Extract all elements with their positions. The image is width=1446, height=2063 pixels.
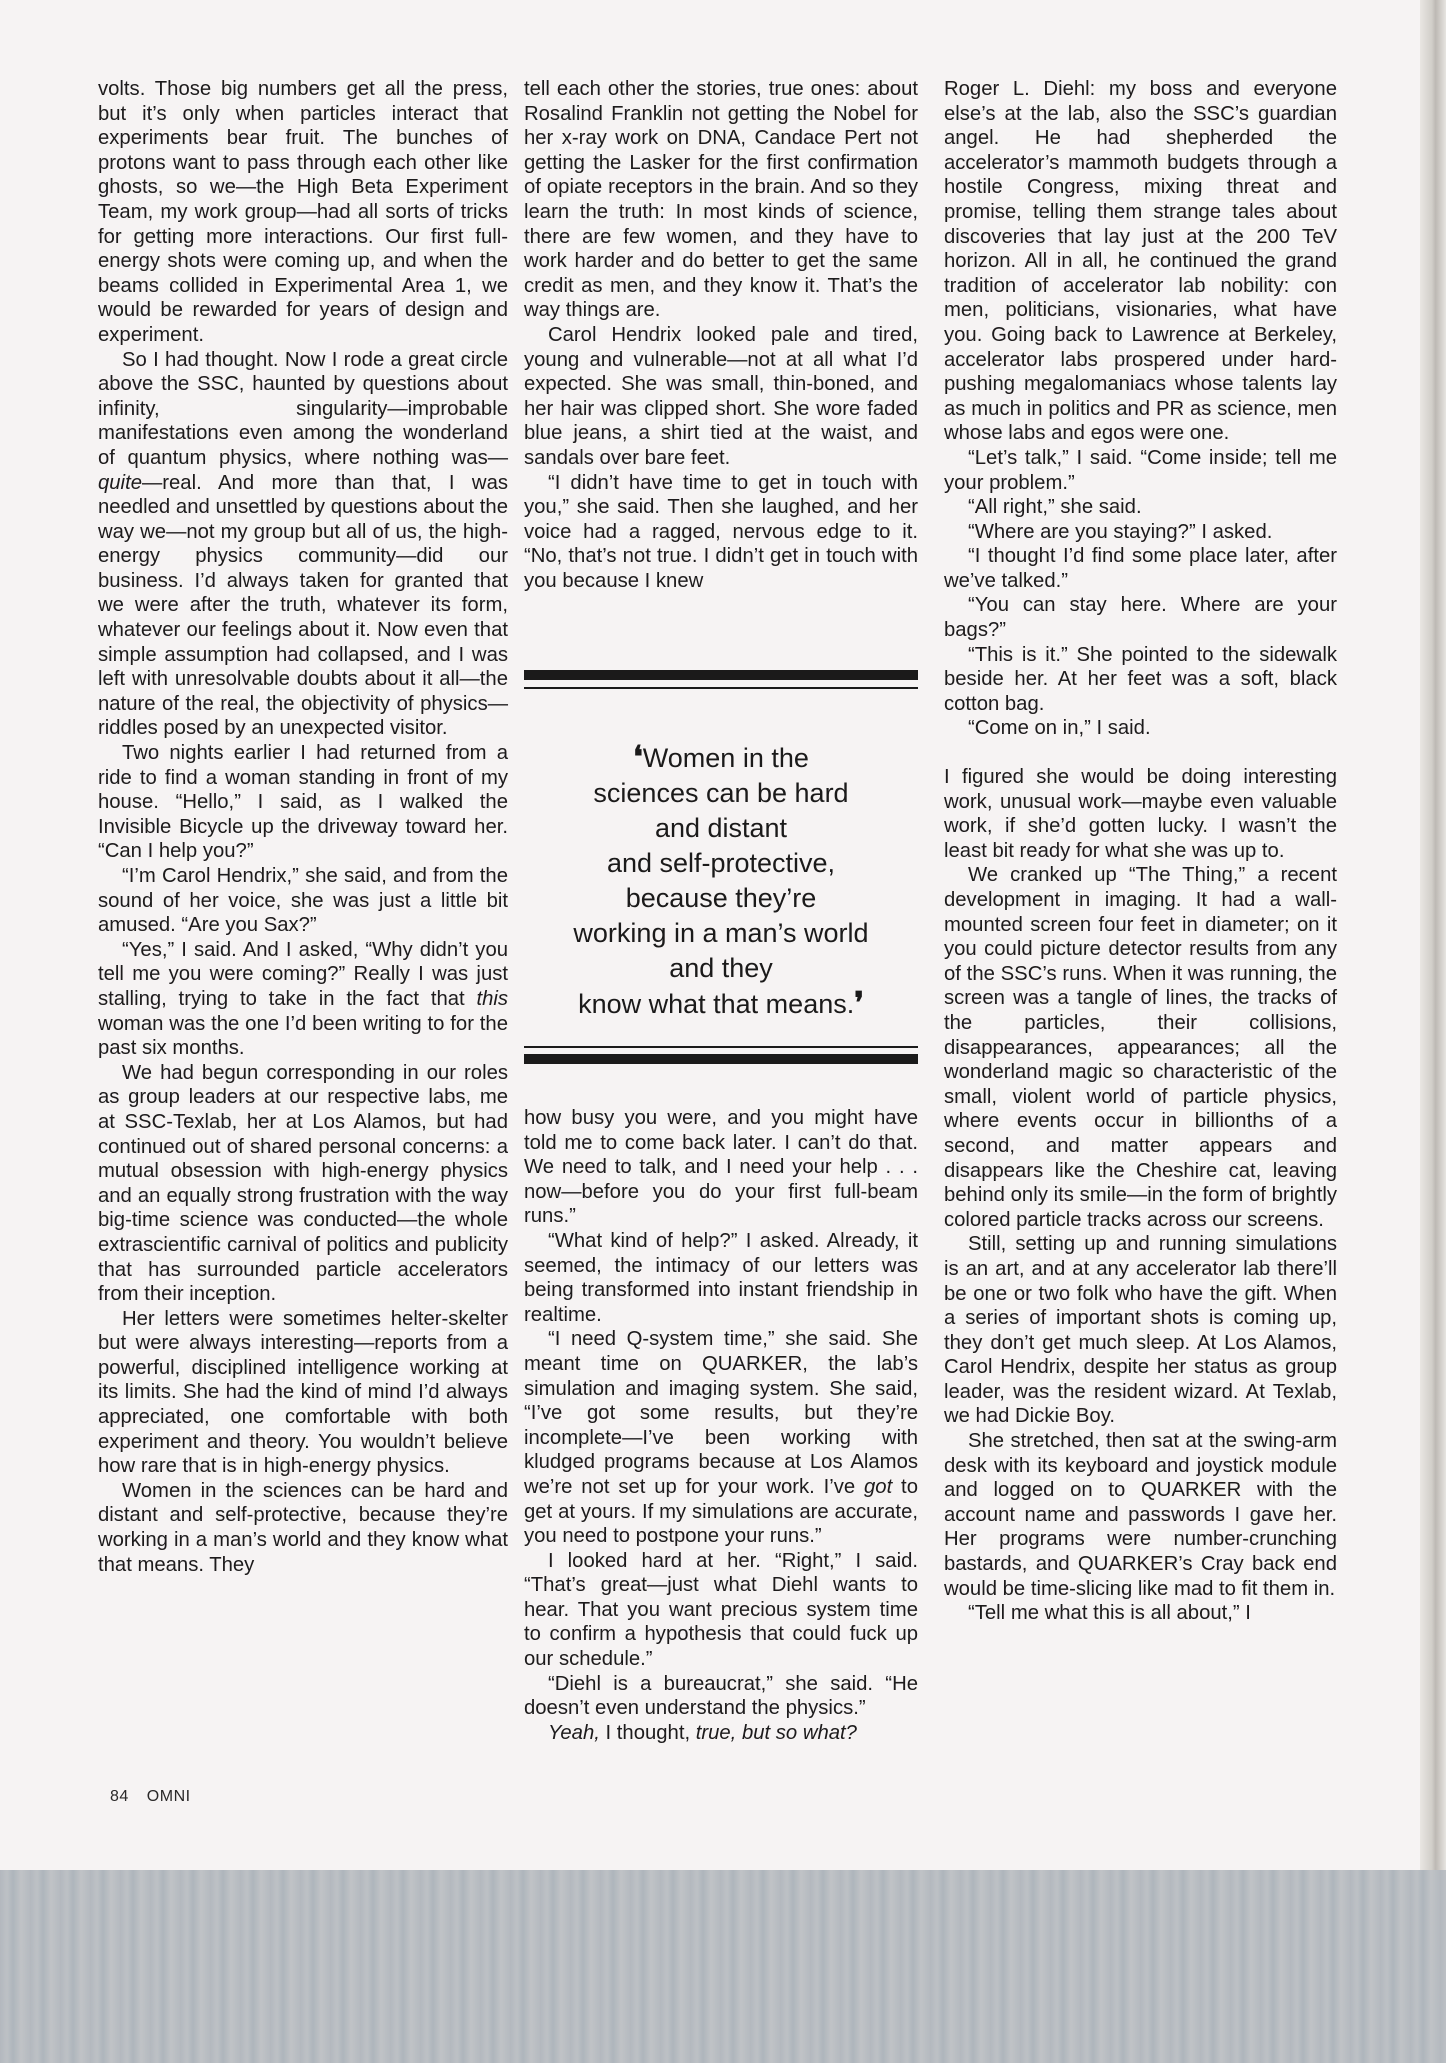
close-quote-icon: ❜	[854, 986, 864, 1021]
paragraph: Women in the sciences can be hard and di…	[98, 1479, 508, 1577]
paragraph: Her letters were sometimes helter-skelte…	[98, 1307, 508, 1479]
paragraph: “All right,” she said.	[944, 495, 1337, 520]
text-column-1: volts. Those big numbers get all the pre…	[98, 77, 508, 1577]
scanner-background	[0, 1870, 1446, 2063]
paragraph: We cranked up “The Thing,” a recent deve…	[944, 863, 1337, 1232]
paragraph: “I thought I’d find some place later, af…	[944, 544, 1337, 593]
paragraph: “You can stay here. Where are your bags?…	[944, 593, 1337, 642]
paragraph: “What kind of help?” I asked. Already, i…	[524, 1229, 918, 1327]
text-column-3: Roger L. Diehl: my boss and everyone els…	[944, 77, 1337, 1626]
paragraph: how busy you were, and you might have to…	[524, 1106, 918, 1229]
paragraph: “Diehl is a bureaucrat,” she said. “He d…	[524, 1672, 918, 1721]
paragraph: Two nights earlier I had returned from a…	[98, 741, 508, 864]
pull-quote-text: ❛Women in the sciences can be hard and d…	[524, 740, 918, 1022]
paragraph: Yeah, I thought, true, but so what?	[524, 1721, 918, 1746]
paragraph: “This is it.” She pointed to the sidewal…	[944, 643, 1337, 717]
paragraph: She stretched, then sat at the swing-arm…	[944, 1429, 1337, 1601]
paragraph: Still, setting up and running simulation…	[944, 1232, 1337, 1429]
open-quote-icon: ❛	[633, 740, 643, 775]
paragraph: Carol Hendrix looked pale and tired, you…	[524, 323, 918, 471]
page-folio: 84OMNI	[110, 1788, 191, 1806]
text-column-2-bottom: how busy you were, and you might have to…	[524, 1106, 918, 1745]
paragraph: “I need Q-system time,” she said. She me…	[524, 1327, 918, 1548]
rule-thick-top	[524, 670, 918, 680]
paragraph: So I had thought. Now I rode a great cir…	[98, 348, 508, 742]
pull-quote: ❛Women in the sciences can be hard and d…	[524, 670, 918, 1070]
paragraph: “I’m Carol Hendrix,” she said, and from …	[98, 864, 508, 938]
paragraph: Roger L. Diehl: my boss and everyone els…	[944, 77, 1337, 446]
publication-name: OMNI	[147, 1788, 191, 1805]
rule-thin-bottom	[524, 1046, 918, 1048]
paragraph: “Where are you staying?” I asked.	[944, 520, 1337, 545]
paragraph-section-break: I figured she would be doing interesting…	[944, 765, 1337, 863]
paragraph: “I didn’t have time to get in touch with…	[524, 471, 918, 594]
paragraph: volts. Those big numbers get all the pre…	[98, 77, 508, 348]
paragraph: I looked hard at her. “Right,” I said. “…	[524, 1549, 918, 1672]
rule-thin-top	[524, 687, 918, 689]
text-column-2-top: tell each other the stories, true ones: …	[524, 77, 918, 593]
paragraph: “Tell me what this is all about,” I	[944, 1601, 1337, 1626]
paragraph: “Come on in,” I said.	[944, 716, 1337, 741]
paragraph: tell each other the stories, true ones: …	[524, 77, 918, 323]
page-gutter	[1420, 0, 1446, 1870]
paragraph: “Yes,” I said. And I asked, “Why didn’t …	[98, 938, 508, 1061]
paragraph: We had begun corresponding in our roles …	[98, 1061, 508, 1307]
page-number: 84	[110, 1788, 129, 1805]
rule-thick-bottom	[524, 1054, 918, 1064]
paragraph: “Let’s talk,” I said. “Come inside; tell…	[944, 446, 1337, 495]
magazine-page: volts. Those big numbers get all the pre…	[0, 0, 1420, 1870]
